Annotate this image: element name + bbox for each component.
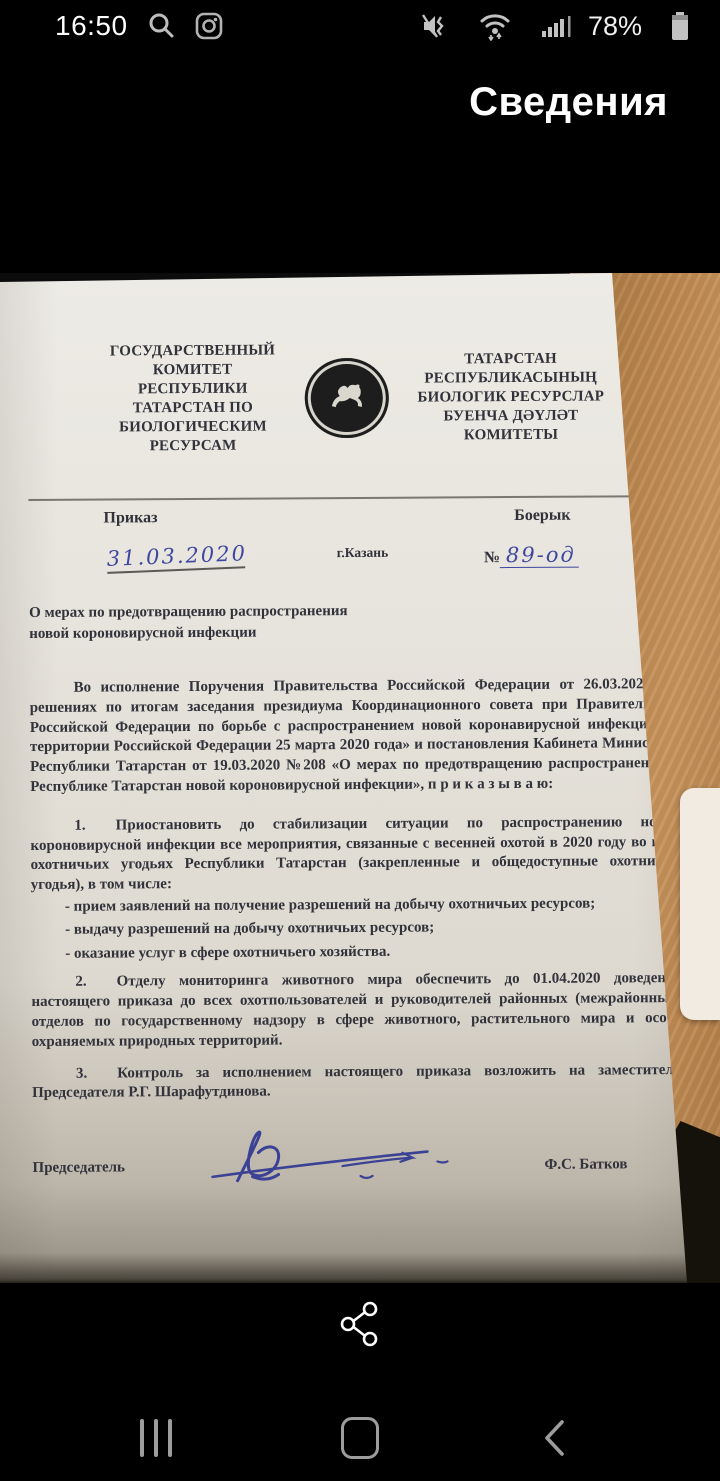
clock: 16:50 — [55, 10, 128, 42]
battery-icon — [670, 10, 690, 42]
committee-emblem-icon — [305, 358, 389, 439]
intro-paragraph: Во исполнение Поручения Правительства Ро… — [30, 675, 681, 798]
page-title: Сведения — [469, 80, 668, 125]
status-bar: 16:50 78% — [0, 0, 720, 52]
white-card-on-table — [680, 788, 720, 1020]
home-button[interactable] — [341, 1417, 379, 1459]
letterhead-russian: ГОСУДАРСТВЕННЫЙ КОМИТЕТ РЕСПУБЛИКИ ТАТАР… — [97, 341, 288, 456]
order-item-2: 2.Отделу мониторинга животного мира обес… — [31, 969, 681, 1052]
share-button[interactable] — [337, 1300, 383, 1348]
order-keyword: п р и к а з ы в а ю: — [428, 776, 553, 793]
phone-screen: 16:50 78% Сведения — [0, 0, 720, 1481]
signer-title: Председатель — [32, 1160, 125, 1178]
paper-sheet: ГОСУДАРСТВЕННЫЙ КОМИТЕТ РЕСПУБЛИКИ ТАТАР… — [0, 273, 720, 1283]
instagram-icon — [194, 11, 224, 41]
vibrate-mute-icon — [420, 11, 450, 41]
city-label: г.Казань — [337, 545, 389, 570]
battery-percent: 78% — [588, 11, 642, 42]
header-divider — [28, 495, 678, 501]
handwritten-date: 31.03.2020 — [106, 541, 245, 574]
order-item-1-sub: - прием заявлений на получение разрешени… — [65, 892, 681, 919]
letterhead-tatar: ТАТАРСТАН РЕСПУБЛИКАСЫНЫҢ БИОЛОГИК РЕСУР… — [402, 349, 621, 445]
order-item-1: 1.Приостановить до стабилизации ситуации… — [30, 813, 680, 896]
wifi-icon — [478, 11, 512, 41]
order-item-1-sub: - оказание услуг в сфере охотничьего хоз… — [65, 939, 681, 966]
doc-type-russian: Приказ — [103, 509, 157, 527]
letterhead: ГОСУДАРСТВЕННЫЙ КОМИТЕТ РЕСПУБЛИКИ ТАТАР… — [27, 339, 678, 457]
navigation-bar — [0, 1405, 720, 1481]
handwritten-signature — [192, 1109, 523, 1206]
signature-block: Председатель Ф.С. Батков — [32, 1156, 682, 1177]
signer-name: Ф.С. Батков — [544, 1157, 627, 1175]
order-number: №89-од — [484, 543, 579, 570]
document-photo[interactable]: ГОСУДАРСТВЕННЫЙ КОМИТЕТ РЕСПУБЛИКИ ТАТАР… — [0, 273, 720, 1283]
order-item-3: 3.Контроль за исполнением настоящего при… — [32, 1061, 682, 1105]
back-button[interactable] — [541, 1418, 567, 1463]
signal-strength-icon — [540, 11, 574, 41]
search-icon — [146, 11, 176, 41]
document-subject: О мерах по предотвращению распространени… — [29, 601, 369, 645]
recents-button[interactable] — [140, 1419, 172, 1457]
doc-type-tatar: Боерык — [514, 507, 570, 525]
